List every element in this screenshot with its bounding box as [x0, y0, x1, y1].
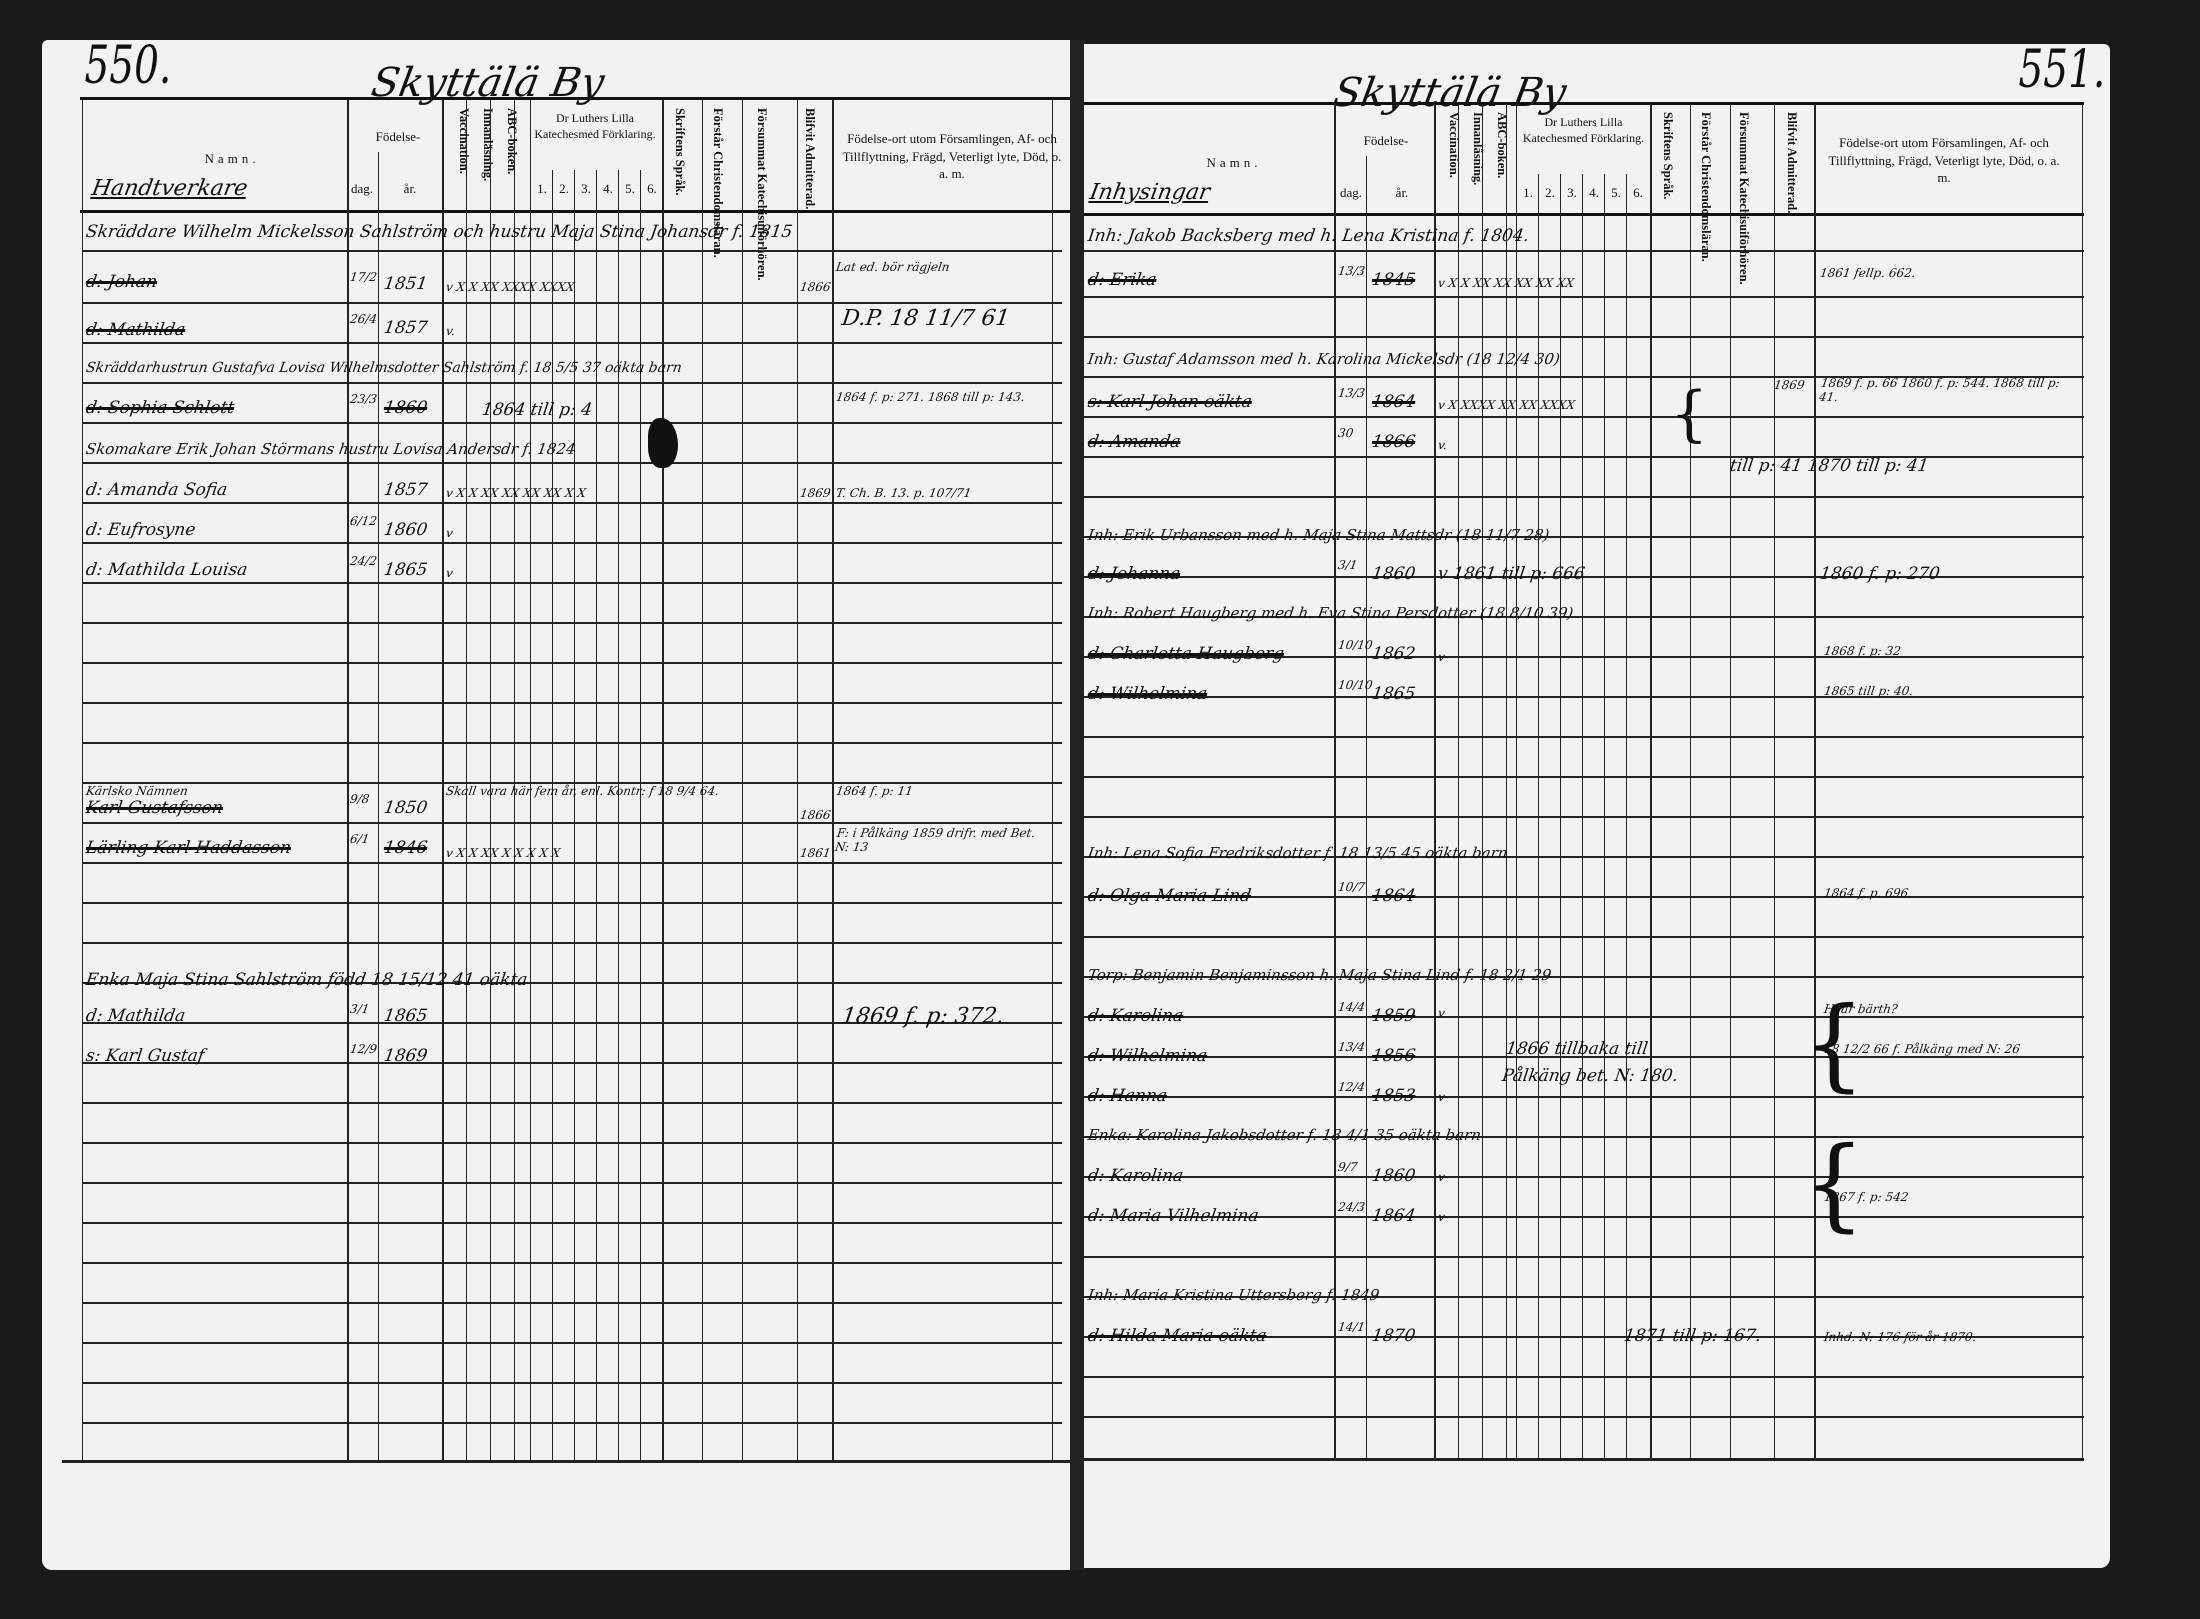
entry-name: d: Wilhelmina — [1087, 684, 1209, 704]
entry-year: 1853 — [1371, 1086, 1417, 1106]
entry-day: 12/9 — [349, 1042, 378, 1056]
entry-year: 1845 — [1371, 270, 1417, 290]
entry-name: d: Sophia Schlott — [85, 398, 236, 418]
entry-name: d: Hilda Maria oäkta — [1087, 1326, 1268, 1346]
header-name: Namn. — [172, 150, 292, 168]
entry-remarks: 1864 f. p: 11 — [835, 784, 914, 798]
header-understands: Förstår Christendomsläran. — [1698, 112, 1713, 207]
entry-remarks: till p: 41 1870 till p: 41 — [1729, 456, 1930, 476]
entry-marks: 1871 till p: 167. — [1623, 1326, 1763, 1346]
entry-marks: Skall vara här fem år, enl. Kontr: f 18 … — [445, 784, 720, 798]
entry-household-head: Inh: Gustaf Adamsson med h. Karolina Mic… — [1087, 350, 1561, 368]
header-catechism-6: 6. — [1628, 184, 1648, 202]
entry-marks: v — [1437, 1210, 1446, 1224]
entry-household-head: Skräddarhustrun Gustafva Lovisa Wilhelms… — [85, 360, 683, 376]
entry-year: 1857 — [383, 480, 429, 500]
entry-marks: v 1861 till p: 666 — [1437, 564, 1586, 584]
entry-day: 6/12 — [349, 514, 378, 528]
header-catechism-5: 5. — [1606, 184, 1626, 202]
entry-marks: v X X XX X X X X X — [445, 846, 561, 860]
entry-remarks: 1869 f. p: 372. — [840, 1004, 1005, 1029]
header-day: dag. — [348, 180, 376, 198]
brace-mark: { — [1802, 1134, 1866, 1234]
brace-mark: { — [1670, 384, 1708, 444]
entry-year: 1866 — [1371, 432, 1417, 452]
entry-name: d: Hanna — [1087, 1086, 1169, 1106]
entry-household-head: Enka Maja Stina Sahlström född 18 15/12 … — [85, 970, 529, 990]
header-abc-book: ABC-boken. — [504, 108, 519, 203]
entry-day: 10/10 — [1337, 678, 1374, 692]
register-page-left: 550. Skyttälä By Namn. Handtverkare Föde… — [42, 40, 1072, 1570]
entry-name: s: Karl Gustaf — [85, 1046, 206, 1066]
header-catechism-1: 1. — [532, 180, 552, 198]
entry-year: 1856 — [1371, 1046, 1417, 1066]
entry-remarks: 1868 f. p: 32 — [1823, 644, 1902, 658]
header-catechism-3: 3. — [1562, 184, 1582, 202]
entry-remarks: 1864 f. p. 696. — [1823, 886, 1913, 900]
entry-day: 13/3 — [1337, 264, 1366, 278]
entry-marks: v — [1437, 650, 1446, 664]
entry-day: 3/1 — [1337, 558, 1358, 572]
header-year: år. — [382, 180, 438, 198]
header-catechism-6: 6. — [642, 180, 662, 198]
header-catechism-4: 4. — [1584, 184, 1604, 202]
entry-remarks: T. Ch. B. 13. p. 107/71 — [835, 486, 972, 500]
entry-name: d: Johanna — [1087, 564, 1182, 584]
header-year: år. — [1372, 184, 1432, 202]
header-catechism-5: 5. — [620, 180, 640, 198]
entry-marks: v X X XX XX XX XX XX — [1437, 276, 1575, 290]
entry-year: 1865 — [1371, 684, 1417, 704]
header-catechism-4: 4. — [598, 180, 618, 198]
entry-year: 1869 — [383, 1046, 429, 1066]
header-remarks: Födelse-ort utom Församlingen, Af- och T… — [1824, 134, 2064, 187]
entry-year: 1850 — [383, 798, 429, 818]
entry-name: d: Charlotta Haugberg — [1087, 644, 1286, 664]
entry-marks: v. — [1437, 438, 1448, 452]
entry-year: 1860 — [383, 398, 429, 418]
section-title: Handtverkare — [90, 176, 250, 201]
entry-day: 10/10 — [1337, 638, 1374, 652]
entry-day: 10/7 — [1337, 880, 1366, 894]
entry-year: 1860 — [383, 520, 429, 540]
entry-day: 14/1 — [1337, 1320, 1366, 1334]
entry-day: 12/4 — [1337, 1080, 1366, 1094]
entry-day: 24/2 — [349, 554, 378, 568]
header-reading: Innanläsning. — [480, 108, 495, 203]
entry-household-head: Inh: Erik Urbansson med h. Maja Stina Ma… — [1087, 526, 1551, 544]
header-remarks: Födelse-ort utom Församlingen, Af- och T… — [842, 130, 1062, 183]
entry-marks: v — [1437, 1090, 1446, 1104]
page-number: 550. — [84, 40, 171, 96]
entry-day: 30 — [1337, 426, 1354, 440]
entry-day: 17/2 — [349, 270, 378, 284]
header-understands: Förstår Christendomsläran. — [710, 108, 725, 203]
entry-admitted: 1866 — [799, 280, 832, 294]
entry-year: 1870 — [1371, 1326, 1417, 1346]
entry-household-head: Inh: Jakob Backsberg med h. Lena Kristin… — [1087, 226, 1531, 246]
entry-year: 1864 — [1371, 1206, 1417, 1226]
entry-day: 13/4 — [1337, 1040, 1366, 1054]
entry-remarks: F: i Pålkäng 1859 drifr. med Bet. N: 13 — [834, 826, 1048, 854]
header-birth: Födelse- — [348, 128, 448, 146]
header-admitted: Blifvit Admitterad. — [802, 108, 817, 203]
entry-day: 9/8 — [349, 792, 370, 806]
entry-name: d: Mathilda — [85, 320, 187, 340]
header-catechism-2: 2. — [1540, 184, 1560, 202]
entry-household-head: Inh: Robert Haugberg med h. Eva Stina Pe… — [1087, 604, 1575, 622]
header-catechism-2: 2. — [554, 180, 574, 198]
entry-admitted: 1869 — [799, 486, 832, 500]
entry-year: 1864 — [1371, 392, 1417, 412]
entry-year: 1865 — [383, 560, 429, 580]
entry-name: d: Amanda Sofia — [85, 480, 229, 500]
entry-remarks: Inhd. N: 176 för år 1870. — [1823, 1330, 1977, 1344]
brace-mark: { — [1802, 994, 1866, 1094]
entry-remarks: 1865 till p: 40. — [1823, 684, 1914, 698]
entry-name: Karl Gustafsson — [85, 798, 225, 818]
entry-name: d: Wilhelmina — [1087, 1046, 1209, 1066]
entry-household-head: Skräddare Wilhelm Mickelsson Sahlström o… — [85, 222, 794, 242]
header-catechism: Dr Luthers Lilla Katechesmed Förklaring. — [530, 110, 660, 142]
header-birth: Födelse- — [1336, 132, 1436, 150]
entry-year: 1857 — [383, 318, 429, 338]
entry-marks: v — [445, 566, 454, 580]
entry-remarks: 1861 fellp. 662. — [1819, 266, 1917, 280]
entry-year: 1859 — [1371, 1006, 1417, 1026]
entry-marks: v X XXXX XX XX XXXX — [1437, 398, 1576, 412]
entry-household-head: Inh: Lena Sofia Fredriksdotter f. 18 13/… — [1087, 844, 1509, 862]
entry-day: 6/1 — [349, 832, 370, 846]
header-scripture: Skriftens Språk. — [1660, 112, 1675, 207]
entry-marks: v. — [445, 324, 456, 338]
entry-name: d: Maria Vilhelmina — [1087, 1206, 1260, 1226]
header-catechism-1: 1. — [1518, 184, 1538, 202]
header-missed: Försummat Katechisuiförhören. — [754, 108, 769, 203]
header-missed: Försummat Katechisuiförhören. — [1736, 112, 1751, 207]
entry-remarks: D.P. 18 11/7 61 — [840, 306, 1011, 331]
header-vaccination: Vaccination. — [456, 108, 471, 203]
entry-missed: 1869 — [1773, 378, 1806, 392]
entry-name: d: Erika — [1087, 270, 1158, 290]
entry-name: d: Mathilda Louisa — [85, 560, 249, 580]
header-name: Namn. — [1174, 154, 1294, 172]
entry-household-head: Inh: Maria Kristina Uttersberg f. 1849 — [1087, 1286, 1381, 1304]
entry-year: 1862 — [1371, 644, 1417, 664]
entry-year: 1860 — [1371, 1166, 1417, 1186]
entry-admitted: 1866 — [799, 808, 832, 822]
entry-admitted: 1861 — [799, 846, 832, 860]
entry-remarks: 1860 f. p: 270 — [1819, 564, 1941, 584]
entry-name: d: Olga Maria Lind — [1087, 886, 1253, 906]
entry-name: d: Eufrosyne — [85, 520, 197, 540]
entry-day: 13/3 — [1337, 386, 1366, 400]
entry-year: 1846 — [383, 838, 429, 858]
entry-year: 1860 — [1371, 564, 1417, 584]
entry-remarks: Lat ed. bör rägjeln — [835, 260, 951, 274]
entry-marks: v X X XX XX XX XX X X — [445, 486, 587, 500]
entry-year: 1851 — [383, 274, 429, 294]
entry-remarks: 1869 f. p. 66 1860 f. p: 544. 1868 till … — [1818, 376, 2062, 404]
header-catechism-3: 3. — [576, 180, 596, 198]
entry-name: d: Karolina — [1087, 1166, 1185, 1186]
entry-marks: 1864 till p: 4 — [481, 400, 594, 420]
entry-name: d: Karolina — [1087, 1006, 1185, 1026]
entry-name: Lärling Karl Haddasson — [85, 838, 293, 858]
entry-marks: 1866 tillbaka till Pålkäng bet. N: 180. — [1500, 1036, 1708, 1090]
ink-blot — [648, 418, 678, 468]
header-admitted: Blifvit Admitterad. — [1784, 112, 1799, 207]
entry-day: 26/4 — [349, 312, 378, 326]
header-scripture: Skriftens Språk. — [672, 108, 687, 203]
entry-name: d: Johan — [85, 272, 159, 292]
entry-year: 1864 — [1371, 886, 1417, 906]
entry-name: s: Karl Johan oäkta — [1087, 392, 1254, 412]
entry-day: 24/3 — [1337, 1200, 1366, 1214]
register-page-right: 551. Skyttälä By Namn. Inhysingar Födels… — [1084, 44, 2110, 1568]
entry-day: 3/1 — [349, 1002, 370, 1016]
entry-year: 1865 — [383, 1006, 429, 1026]
section-title: Inhysingar — [1088, 180, 1212, 205]
entry-household-head: Enka: Karolina Jakobsdotter f. 18 4/1 35… — [1087, 1126, 1483, 1144]
header-catechism: Dr Luthers Lilla Katechesmed Förklaring. — [1516, 114, 1651, 146]
entry-remarks: 1864 f. p: 271. 1868 till p: 143. — [835, 390, 1047, 404]
header-day: dag. — [1336, 184, 1366, 202]
entry-name: d: Amanda — [1087, 432, 1182, 452]
entry-day: 23/3 — [349, 392, 378, 406]
entry-household-head: Skomakare Erik Johan Störmans hustru Lov… — [85, 440, 577, 458]
entry-marks: v — [445, 526, 454, 540]
entry-marks: v X X XX XXXX XXXX — [445, 280, 575, 294]
entry-day: 14/4 — [1337, 1000, 1366, 1014]
entry-name: d: Mathilda — [85, 1006, 187, 1026]
entry-day: 9/7 — [1337, 1160, 1358, 1174]
entry-household-head: Torp: Benjamin Benjaminsson h. Maja Stin… — [1087, 966, 1553, 984]
entry-section-note: Kärlsko Nämnen — [85, 784, 189, 798]
page-number: 551. — [2018, 44, 2105, 100]
entry-marks: v — [1437, 1170, 1446, 1184]
